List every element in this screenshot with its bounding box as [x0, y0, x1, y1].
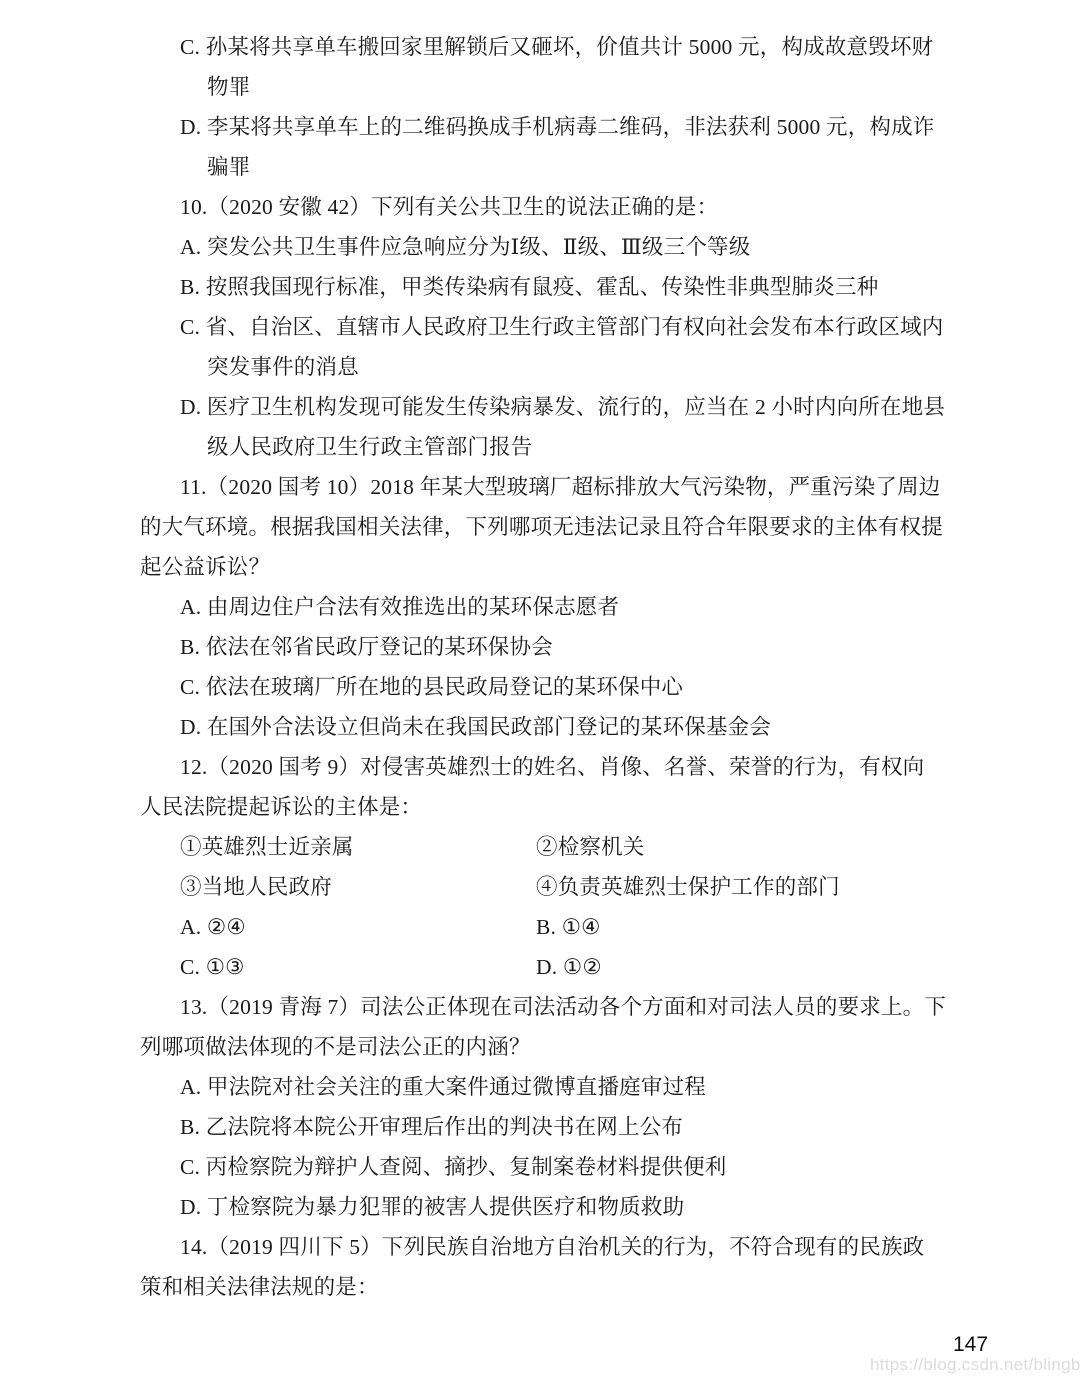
q13-stem-line1: 13.（2019 青海 7）司法公正体现在司法活动各个方面和对司法人员的要求上。… — [180, 987, 946, 1027]
q10-option-c-line1: C. 省、自治区、直辖市人民政府卫生行政主管部门有权向社会发布本行政区域内 — [180, 307, 944, 347]
q9-option-c-line1: C. 孙某将共享单车搬回家里解锁后又砸坏，价值共计 5000 元，构成故意毁坏财 — [180, 27, 933, 67]
q12-stem-line1: 12.（2020 国考 9）对侵害英雄烈士的姓名、肖像、名誉、荣誉的行为，有权向 — [180, 747, 924, 787]
q13-option-c: C. 丙检察院为辩护人查阅、摘抄、复制案卷材料提供便利 — [180, 1147, 727, 1187]
q13-option-a: A. 甲法院对社会关注的重大案件通过微博直播庭审过程 — [180, 1067, 706, 1107]
q12-option-a: A. ②④ — [180, 907, 246, 947]
q11-stem-line1: 11.（2020 国考 10）2018 年某大型玻璃厂超标排放大气污染物，严重污… — [180, 467, 941, 507]
q10-option-d-line2: 级人民政府卫生行政主管部门报告 — [207, 427, 533, 467]
q9-option-d-line2: 骗罪 — [207, 147, 250, 187]
q12-item-1: ①英雄烈士近亲属 — [180, 827, 354, 867]
q14-stem-line2: 策和相关法律法规的是： — [140, 1267, 379, 1307]
q10-option-b: B. 按照我国现行标准，甲类传染病有鼠疫、霍乱、传染性非典型肺炎三种 — [180, 267, 878, 307]
document-page: C. 孙某将共享单车搬回家里解锁后又砸坏，价值共计 5000 元，构成故意毁坏财… — [0, 0, 1080, 1386]
q13-stem-line2: 列哪项做法体现的不是司法公正的内涵？ — [140, 1027, 531, 1067]
q13-option-d: D. 丁检察院为暴力犯罪的被害人提供医疗和物质救助 — [180, 1187, 684, 1227]
q12-item-3: ③当地人民政府 — [180, 867, 332, 907]
q12-item-2: ②检察机关 — [536, 827, 645, 867]
q10-option-d-line1: D. 医疗卫生机构发现可能发生传染病暴发、流行的，应当在 2 小时内向所在地县 — [180, 387, 945, 427]
q10-option-c-line2: 突发事件的消息 — [207, 347, 359, 387]
q9-option-c-line2: 物罪 — [207, 67, 250, 107]
q9-option-d-line1: D. 李某将共享单车上的二维码换成手机病毒二维码，非法获利 5000 元，构成诈 — [180, 107, 935, 147]
q11-stem-line2: 的大气环境。根据我国相关法律，下列哪项无违法记录且符合年限要求的主体有权提 — [140, 507, 943, 547]
q14-stem-line1: 14.（2019 四川下 5）下列民族自治地方自治机关的行为，不符合现有的民族政 — [180, 1227, 924, 1267]
q11-option-b: B. 依法在邻省民政厅登记的某环保协会 — [180, 627, 553, 667]
q11-option-d: D. 在国外合法设立但尚未在我国民政部门登记的某环保基金会 — [180, 707, 771, 747]
q12-stem-line2: 人民法院提起诉讼的主体是： — [140, 787, 422, 827]
page-number: 147 — [953, 1333, 988, 1357]
q12-item-4: ④负责英雄烈士保护工作的部门 — [536, 867, 840, 907]
q12-option-b: B. ①④ — [536, 907, 601, 947]
q10-option-a: A. 突发公共卫生事件应急响应分为Ⅰ级、Ⅱ级、Ⅲ级三个等级 — [180, 227, 750, 267]
q12-option-d: D. ①② — [536, 947, 602, 987]
q11-option-a: A. 由周边住户合法有效推选出的某环保志愿者 — [180, 587, 619, 627]
q10-stem: 10.（2020 安徽 42）下列有关公共卫生的说法正确的是： — [180, 187, 718, 227]
q13-option-b: B. 乙法院将本院公开审理后作出的判决书在网上公布 — [180, 1107, 683, 1147]
q12-option-c: C. ①③ — [180, 947, 245, 987]
q11-stem-line3: 起公益诉讼？ — [140, 547, 270, 587]
q11-option-c: C. 依法在玻璃厂所在地的县民政局登记的某环保中心 — [180, 667, 683, 707]
watermark: https://blog.csdn.net/blingbiu — [870, 1355, 1080, 1375]
